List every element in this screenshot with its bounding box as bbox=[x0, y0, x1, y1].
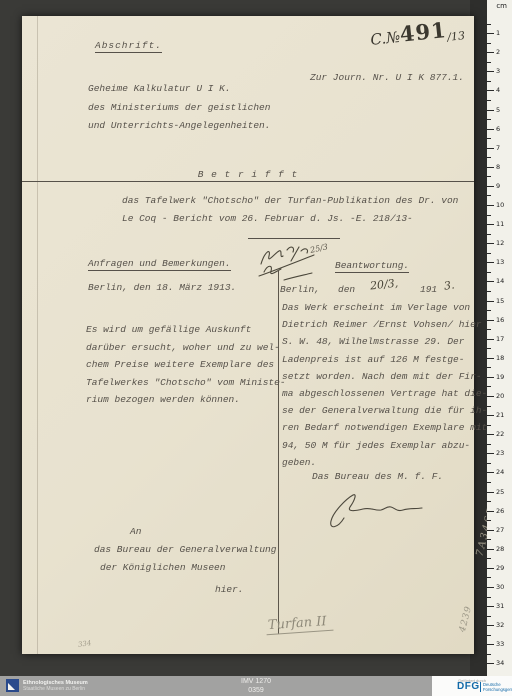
ruler-tick bbox=[487, 24, 491, 25]
ruler-tick bbox=[487, 281, 494, 282]
right-column-header-text: Beantwortung. bbox=[335, 260, 409, 273]
registry-number: C.№491/13 bbox=[369, 15, 466, 52]
ruler-tick bbox=[487, 138, 491, 139]
pencil-number-2: 4239 bbox=[456, 598, 475, 639]
handwritten-date: 20/3, bbox=[369, 277, 398, 293]
sender-block: Geheime Kalkulatur U I K.des Ministerium… bbox=[88, 83, 270, 139]
ruler-number: 32 bbox=[496, 621, 504, 629]
ruler-number: 10 bbox=[496, 201, 504, 209]
dfg-separator bbox=[480, 682, 481, 692]
typed-line: 94, 50 M für jedes Exemplar abzu- bbox=[282, 440, 487, 457]
typed-line: und Unterrichts-Angelegenheiten. bbox=[88, 120, 270, 139]
registry-prefix: C.№ bbox=[369, 28, 401, 49]
ruler-number: 24 bbox=[496, 468, 504, 476]
handwritten-year-digit: 3. bbox=[443, 278, 455, 292]
ruler-number: 29 bbox=[496, 564, 504, 572]
recipient-line-2: der Königlichen Museen bbox=[100, 562, 225, 573]
ruler-tick bbox=[487, 577, 491, 578]
ruler-number: 11 bbox=[496, 220, 504, 228]
ruler-tick bbox=[487, 262, 494, 263]
ruler-tick bbox=[487, 320, 494, 321]
typed-line: Le Coq - Bericht vom 26. Februar d. Js. … bbox=[122, 213, 458, 231]
left-date-line: Berlin, den 18. März 1913. bbox=[88, 282, 236, 293]
ruler-tick bbox=[487, 367, 491, 368]
ruler-unit-label: cm bbox=[496, 2, 507, 10]
ruler-tick bbox=[487, 568, 494, 569]
ruler-number: 23 bbox=[496, 449, 504, 457]
left-column-header: Anfragen und Bemerkungen. bbox=[88, 258, 231, 269]
ruler-tick bbox=[487, 253, 491, 254]
recipient-hier: hier. bbox=[215, 584, 244, 595]
typed-line: ma abgeschlossenen Vertrage hat die- bbox=[282, 388, 487, 405]
ruler-tick bbox=[487, 472, 494, 473]
typed-line: Ladenpreis ist auf 126 M festge- bbox=[282, 354, 487, 371]
typed-line: S. W. 48, Wilhelmstrasse 29. Der bbox=[282, 336, 487, 353]
ruler-tick bbox=[487, 129, 494, 130]
registry-value: 491 bbox=[399, 17, 448, 47]
ruler-tick bbox=[487, 520, 491, 521]
ruler-tick bbox=[487, 195, 491, 196]
ruler-tick bbox=[487, 558, 491, 559]
ruler-tick bbox=[487, 43, 491, 44]
ruler-tick bbox=[487, 606, 494, 607]
ruler-tick bbox=[487, 215, 491, 216]
ruler-number: 6 bbox=[496, 125, 500, 133]
ruler-tick bbox=[487, 444, 491, 445]
ruler-number: 33 bbox=[496, 640, 504, 648]
typed-line: se der Generalverwaltung die für ih- bbox=[282, 405, 487, 422]
ruler-tick bbox=[487, 90, 494, 91]
ruler-number: 25 bbox=[496, 488, 504, 496]
typed-line: Dietrich Reimer /Ernst Vohsen/ hier bbox=[282, 319, 487, 336]
ruler-tick bbox=[487, 62, 491, 63]
ruler-number: 28 bbox=[496, 545, 504, 553]
pencil-note-turfan: Turfan II bbox=[265, 614, 333, 636]
ruler-number: 21 bbox=[496, 411, 504, 419]
ruler-tick bbox=[487, 625, 494, 626]
fold-line bbox=[37, 16, 38, 654]
signature-scribble bbox=[314, 488, 432, 530]
ruler-number: 15 bbox=[496, 297, 504, 305]
ruler-number: 5 bbox=[496, 106, 500, 114]
closing-line: Das Bureau des M. f. F. bbox=[312, 471, 443, 482]
ruler-tick bbox=[487, 33, 494, 34]
ruler-tick bbox=[487, 396, 494, 397]
ruler-tick bbox=[487, 329, 491, 330]
left-column-header-text: Anfragen und Bemerkungen. bbox=[88, 258, 231, 271]
typed-line: Das Werk erscheint im Verlage von bbox=[282, 302, 487, 319]
ruler-tick bbox=[487, 434, 494, 435]
ruler-number: 12 bbox=[496, 239, 504, 247]
ruler-tick bbox=[487, 148, 494, 149]
ruler-tick bbox=[487, 339, 494, 340]
copy-label: Abschrift. bbox=[95, 40, 162, 53]
typed-line: rium bezogen werden können. bbox=[86, 394, 286, 412]
dfg-name-line2: Forschungsgemeinschaft bbox=[483, 688, 512, 693]
ruler-tick bbox=[487, 597, 491, 598]
ruler-number: 27 bbox=[496, 526, 504, 534]
typed-line: chem Preise weitere Exemplare des bbox=[86, 359, 286, 377]
inquiry-paragraph: Es wird um gefällige Auskunftdarüber ers… bbox=[86, 324, 286, 412]
ruler-tick bbox=[487, 234, 491, 235]
ruler-number: 4 bbox=[496, 86, 500, 94]
ruler-tick bbox=[487, 511, 494, 512]
ruler-number: 13 bbox=[496, 258, 504, 266]
ruler-tick bbox=[487, 377, 494, 378]
ruler-tick bbox=[487, 157, 491, 158]
subject-label: B e t r i f f t bbox=[22, 169, 474, 182]
typed-line: Tafelwerkes "Chotscho" vom Ministe- bbox=[86, 377, 286, 395]
ruler-tick bbox=[487, 167, 494, 168]
ruler-tick bbox=[487, 186, 494, 187]
typed-line: das Tafelwerk "Chotscho" der Turfan-Publ… bbox=[122, 195, 458, 213]
ruler-tick bbox=[487, 616, 491, 617]
footer-bar: Ethnologisches Museum Staatliche Museen … bbox=[0, 676, 512, 696]
ruler-number: 31 bbox=[496, 602, 504, 610]
typed-line: Geheime Kalkulatur U I K. bbox=[88, 83, 270, 102]
ruler-number: 22 bbox=[496, 430, 504, 438]
ruler-tick bbox=[487, 635, 491, 636]
right-date-city: Berlin, bbox=[280, 284, 320, 295]
recipient-an: An bbox=[130, 526, 141, 537]
ruler-number: 17 bbox=[496, 335, 504, 343]
ruler-tick bbox=[487, 358, 494, 359]
subject-block: das Tafelwerk "Chotscho" der Turfan-Publ… bbox=[122, 195, 458, 231]
ruler-tick bbox=[487, 81, 491, 82]
typed-line: setzt worden. Nach dem mit der Fir- bbox=[282, 371, 487, 388]
ruler-number: 14 bbox=[496, 277, 504, 285]
ruler-tick bbox=[487, 406, 491, 407]
ruler-tick bbox=[487, 272, 491, 273]
ruler-number: 3 bbox=[496, 67, 500, 75]
right-date-den: den bbox=[338, 284, 355, 295]
pencil-number-3: 334 bbox=[78, 639, 92, 649]
ruler-tick bbox=[487, 539, 491, 540]
right-date-year: 191 bbox=[420, 284, 437, 295]
ruler-tick bbox=[487, 654, 491, 655]
ruler-tick bbox=[487, 587, 494, 588]
ruler-number: 18 bbox=[496, 354, 504, 362]
ruler-tick bbox=[487, 176, 491, 177]
ruler-tick bbox=[487, 425, 491, 426]
dfg-logo: Gefördert durch DFG Deutsche Forschungsg… bbox=[432, 676, 512, 696]
response-paragraph: Das Werk erscheint im Verlage vonDietric… bbox=[282, 302, 487, 474]
ruler-number: 34 bbox=[496, 659, 504, 667]
handwritten-annotation-scribble bbox=[254, 242, 346, 286]
journal-reference: Zur Journ. Nr. U I K 877.1. bbox=[310, 72, 464, 83]
subject-label-text: B e t r i f f t bbox=[198, 169, 299, 182]
ruler-number: 1 bbox=[496, 29, 500, 37]
ruler-tick bbox=[487, 243, 494, 244]
ruler-tick bbox=[487, 119, 491, 120]
dfg-name: Deutsche Forschungsgemeinschaft bbox=[483, 683, 512, 693]
ruler-tick bbox=[487, 301, 494, 302]
ruler-number: 2 bbox=[496, 48, 500, 56]
ruler-tick bbox=[487, 530, 494, 531]
dfg-abbr: DFG bbox=[457, 681, 480, 692]
recipient-line-1: das Bureau der Generalverwaltung bbox=[94, 544, 276, 555]
ruler-tick bbox=[487, 205, 494, 206]
typed-line: darüber ersucht, woher und zu wel- bbox=[86, 342, 286, 360]
ruler-tick bbox=[487, 549, 494, 550]
ruler-number: 20 bbox=[496, 392, 504, 400]
ruler-number: 16 bbox=[496, 316, 504, 324]
ruler-tick bbox=[487, 463, 491, 464]
ruler-number: 26 bbox=[496, 507, 504, 515]
typed-line: des Ministeriums der geistlichen bbox=[88, 102, 270, 121]
registry-fraction: /13 bbox=[447, 29, 466, 44]
ruler-tick bbox=[487, 415, 494, 416]
ruler-number: 8 bbox=[496, 163, 500, 171]
typed-line: Es wird um gefällige Auskunft bbox=[86, 324, 286, 342]
ruler-tick bbox=[487, 110, 494, 111]
ruler: cm 1234567891011121314151617181920212223… bbox=[487, 0, 512, 676]
ruler-tick bbox=[487, 386, 491, 387]
typed-line: ren Bedarf notwendigen Exemplare mit bbox=[282, 422, 487, 439]
right-column-header: Beantwortung. bbox=[335, 260, 409, 271]
ruler-tick bbox=[487, 224, 494, 225]
ruler-tick bbox=[487, 482, 491, 483]
subject-rule bbox=[248, 238, 340, 239]
ruler-tick bbox=[487, 100, 491, 101]
scan-viewer: Abschrift. C.№491/13 Zur Journ. Nr. U I … bbox=[0, 0, 512, 696]
ruler-number: 7 bbox=[496, 144, 500, 152]
ruler-tick bbox=[487, 501, 491, 502]
ruler-tick bbox=[487, 663, 494, 664]
ruler-tick bbox=[487, 71, 494, 72]
document-page: Abschrift. C.№491/13 Zur Journ. Nr. U I … bbox=[22, 16, 474, 654]
ruler-tick bbox=[487, 644, 494, 645]
ruler-tick bbox=[487, 52, 494, 53]
ruler-tick bbox=[487, 492, 494, 493]
ruler-number: 9 bbox=[496, 182, 500, 190]
ruler-tick bbox=[487, 310, 491, 311]
ruler-number: 30 bbox=[496, 583, 504, 591]
ruler-tick bbox=[487, 348, 491, 349]
ruler-number: 19 bbox=[496, 373, 504, 381]
ruler-tick bbox=[487, 453, 494, 454]
ruler-tick bbox=[487, 291, 491, 292]
